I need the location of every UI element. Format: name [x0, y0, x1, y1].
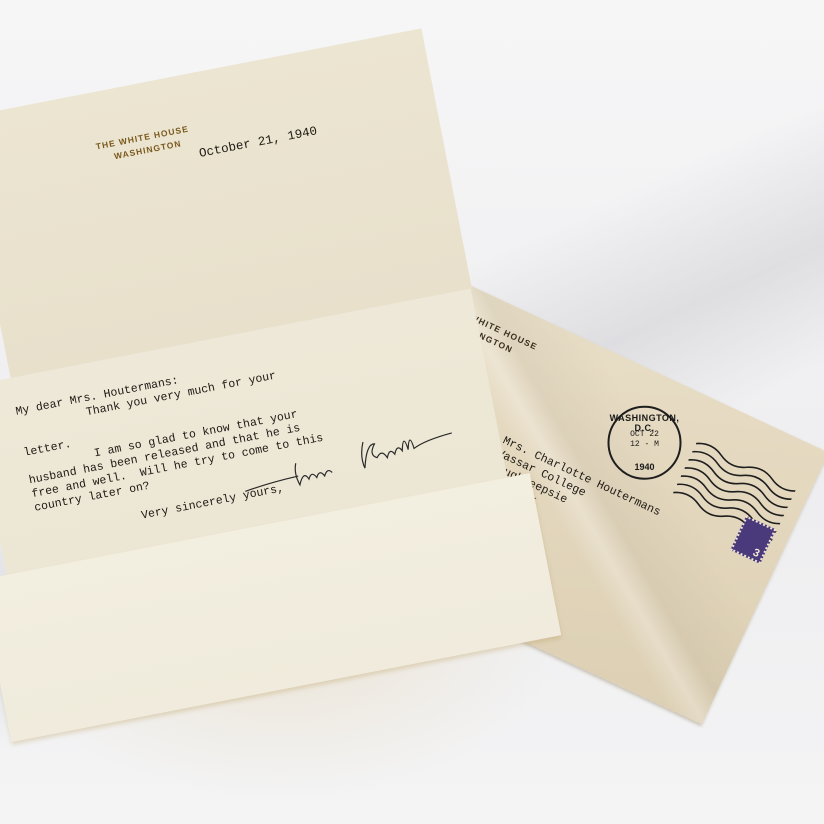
letter-letterhead: THE WHITE HOUSE WASHINGTON: [95, 123, 193, 167]
postmark: WASHINGTON, D.C. OCT 22 12 - M 1940: [608, 406, 682, 480]
postmark-year: 1940: [610, 462, 680, 472]
postmark-date-block: OCT 22 12 - M: [610, 430, 680, 450]
postmark-time: 12 - M: [610, 440, 680, 450]
postmark-date: OCT 22: [610, 430, 680, 440]
letter-date: October 21, 1940: [198, 124, 318, 161]
